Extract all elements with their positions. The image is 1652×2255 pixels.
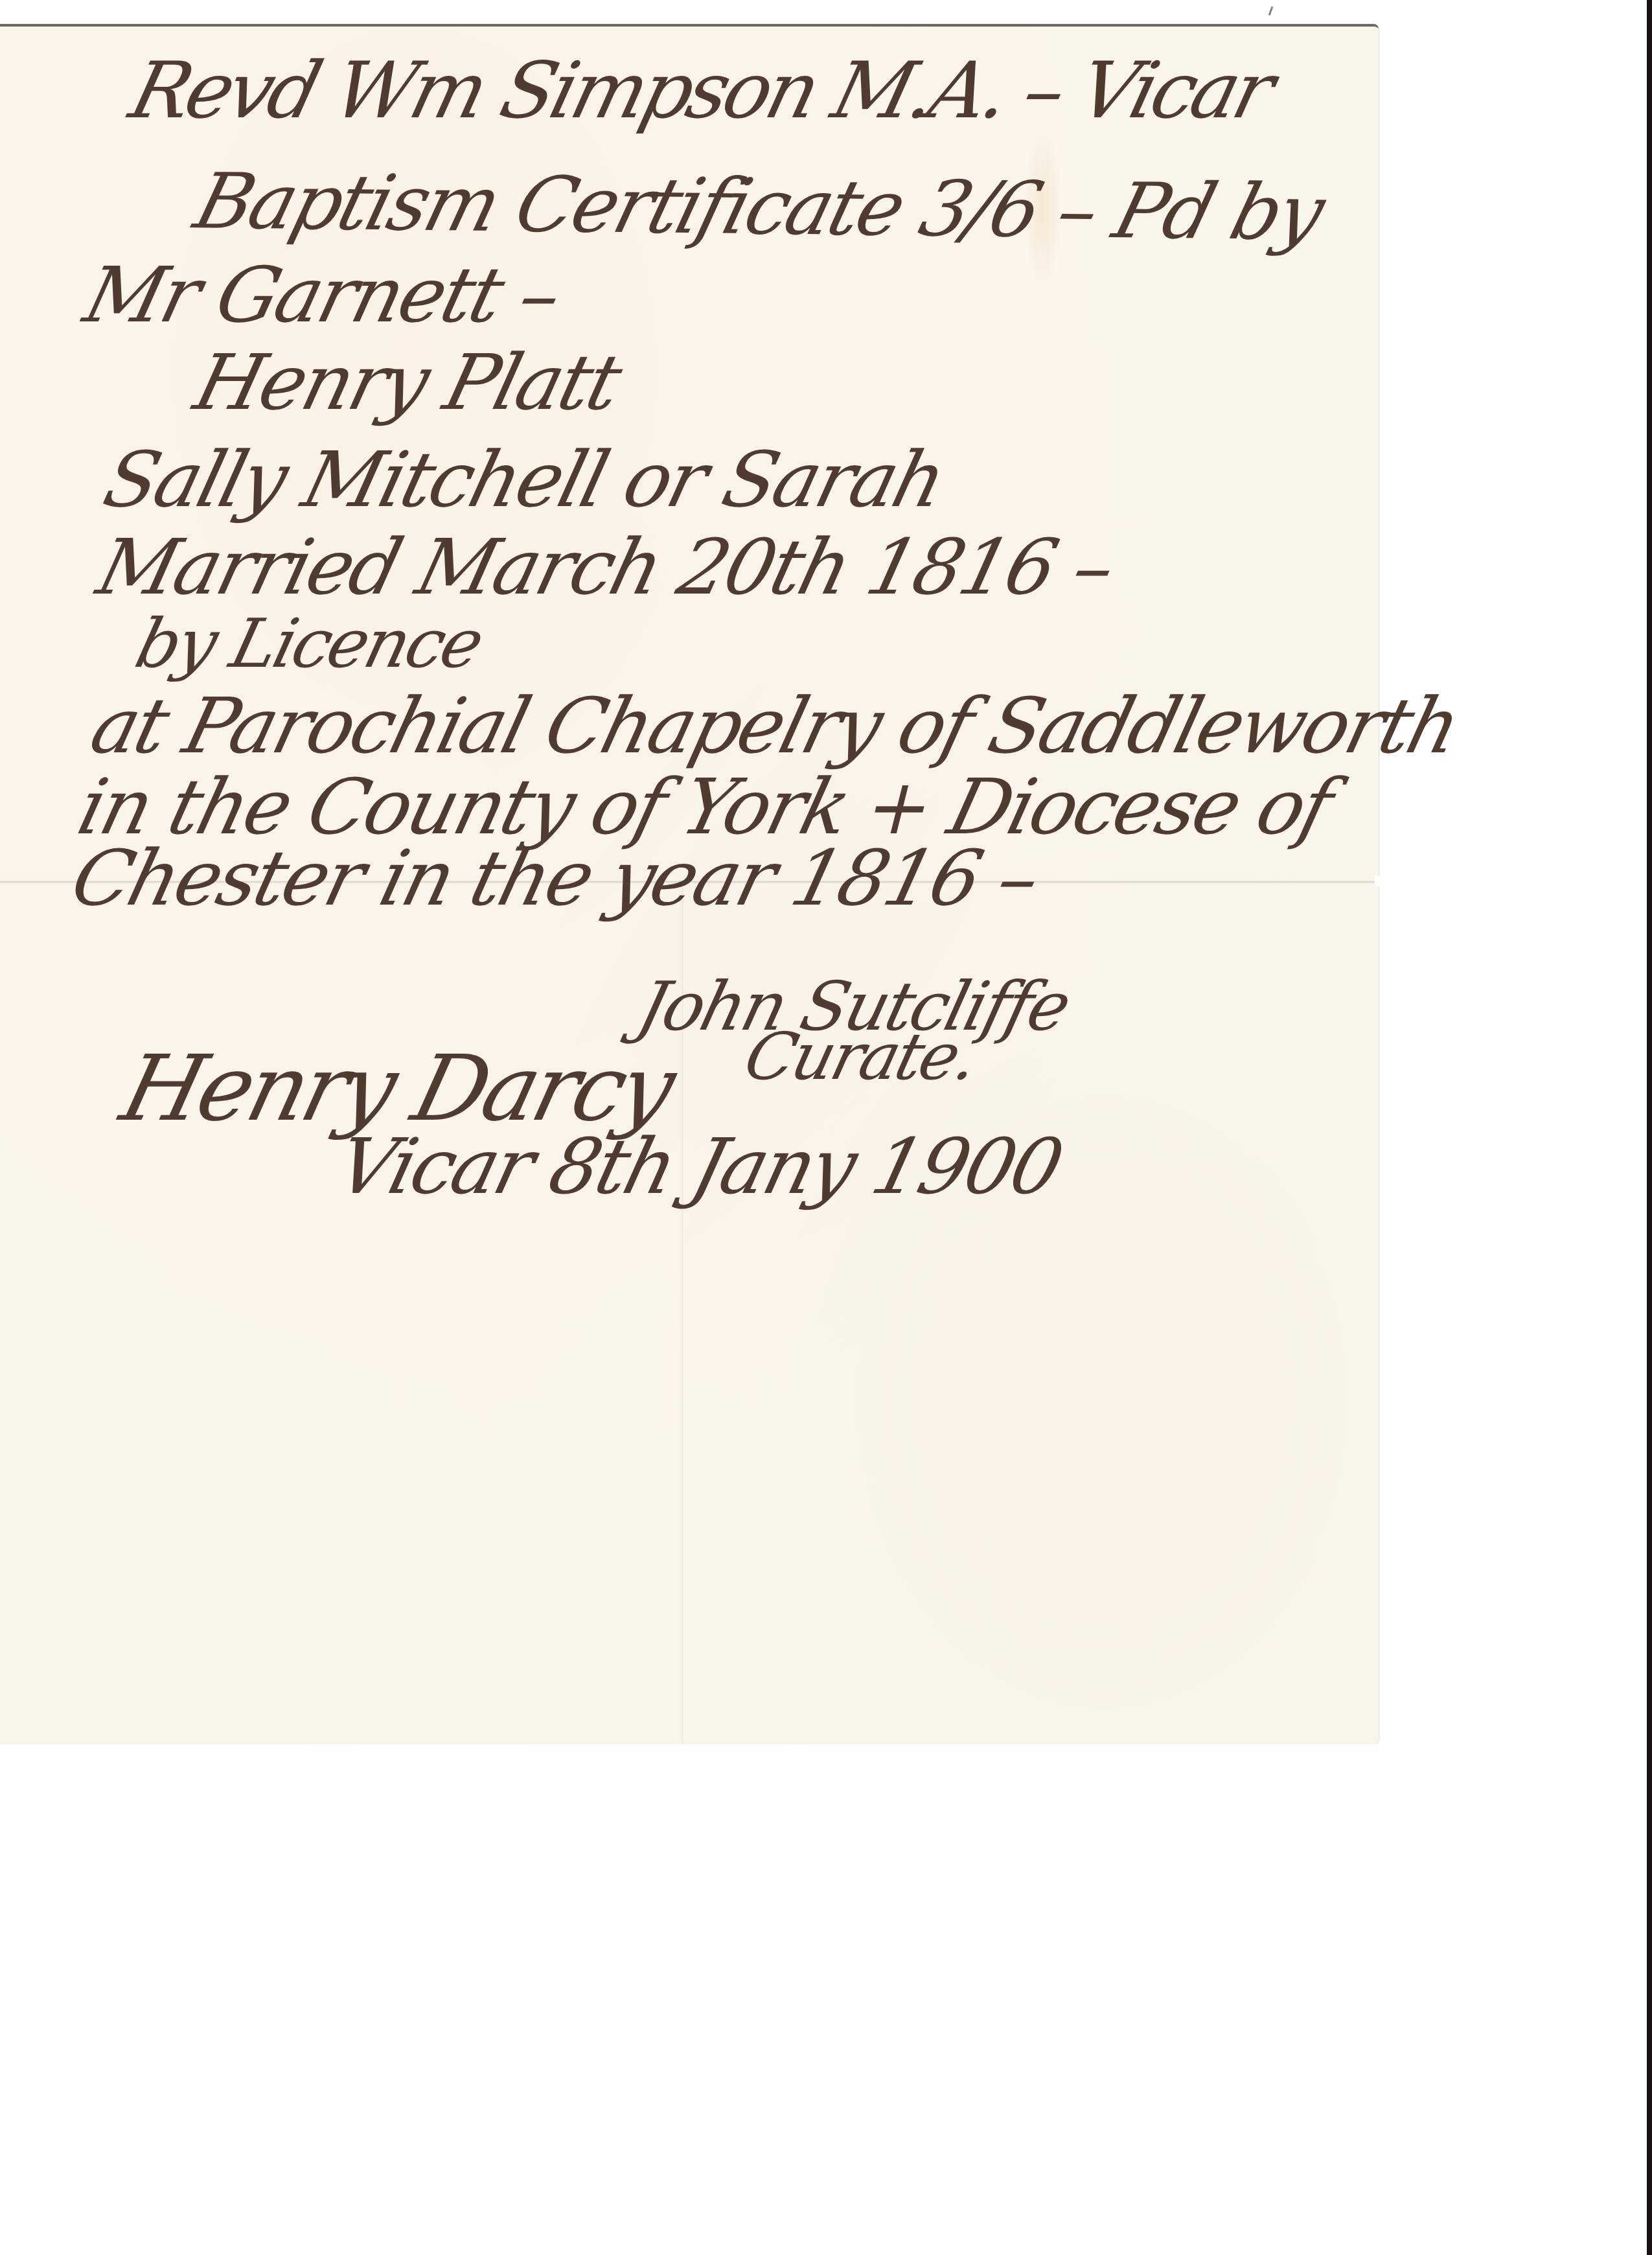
vicar-title-date: Vicar 8th Jany 1900: [330, 1128, 1068, 1205]
diocese-year-line: Chester in the year 1816 –: [65, 840, 1045, 916]
certificate-fee-line: Baptism Certificate 3/6 – Pd by: [188, 163, 1330, 251]
payer-line: Mr Garnett –: [78, 257, 566, 333]
vicar-signature: Henry Darcy: [113, 1044, 680, 1135]
fold-edge-notch: [1375, 874, 1381, 887]
marriage-date-line: Married March 20th 1816 –: [91, 529, 1120, 605]
letter-sheet: Revd Wm Simpson M.A. – Vicar Baptism Cer…: [0, 24, 1379, 1744]
licence-line: by Licence: [130, 610, 488, 677]
scan-speck: [1268, 6, 1274, 16]
curate-title: Curate.: [739, 1024, 982, 1089]
groom-name-line: Henry Platt: [188, 344, 626, 421]
vicar-header-line: Revd Wm Simpson M.A. – Vicar: [123, 52, 1278, 130]
bride-name-line: Sally Mitchell or Sarah: [97, 441, 951, 518]
scanner-edge-strip: [1647, 0, 1652, 2255]
chapelry-line: at Parochial Chapelry of Saddleworth: [84, 688, 1465, 764]
